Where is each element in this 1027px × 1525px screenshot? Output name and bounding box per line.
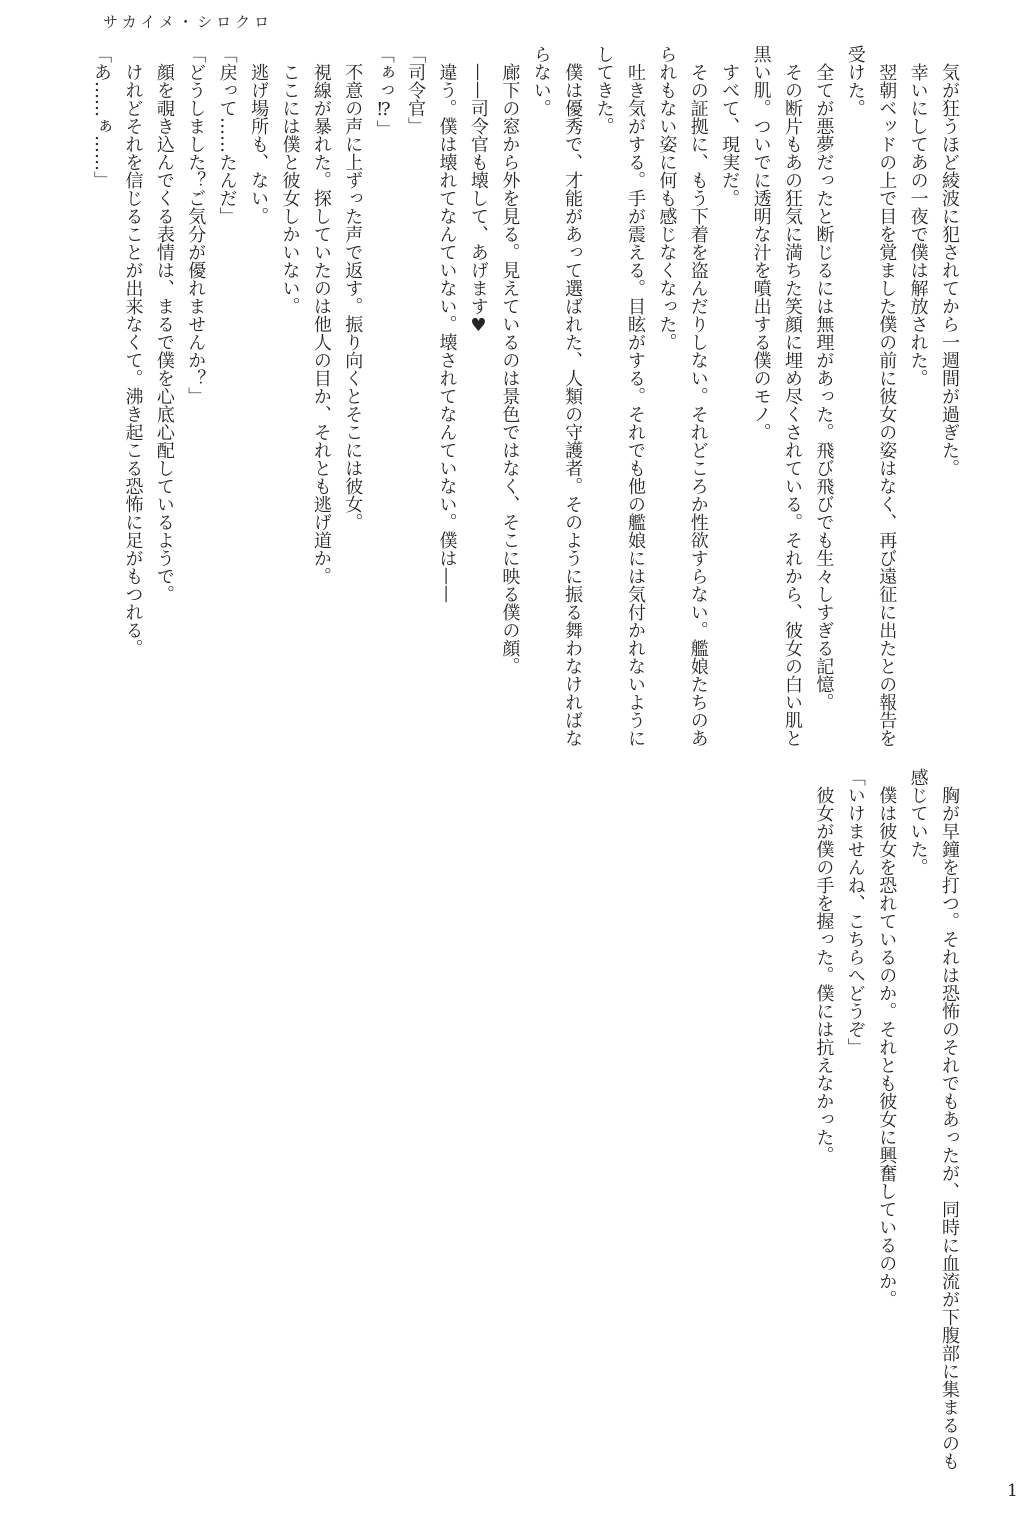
text-column: 僕は優秀で、才能があって選ばれた、人類の守護者。そのように振る舞わなければな: [557, 45, 588, 757]
text-column: 違う。僕は壊れてなんていない。壊されてなんていない。僕は——: [431, 45, 462, 757]
text-column: 胸が早鐘を打つ。それは恐怖のそれでもあったが、同時に血流が下腹部に集まるのも: [934, 768, 965, 1480]
text-column: 幸いにしてあの一夜で僕は解放された。: [902, 45, 933, 757]
text-column: らない。: [525, 45, 556, 757]
text-column: すべて、現実だ。: [714, 45, 745, 757]
text-column: 「あ……ぁ……」: [86, 45, 117, 757]
manuscript-page: サカイメ・シロクロ 気が狂うほど綾波に犯されてから一週間が過ぎた。 幸いにしてあ…: [0, 0, 1027, 1525]
main-text-top-block: 気が狂うほど綾波に犯されてから一週間が過ぎた。 幸いにしてあの一夜で僕は解放され…: [86, 45, 965, 757]
text-column: その証拠に、もう下着を盗んだりしない。それどころか性欲すらない。艦娘たちのあ: [682, 45, 713, 757]
text-column: ここには僕と彼女しかいない。: [274, 45, 305, 757]
text-column: 顔を覗き込んでくる表情は、まるで僕を心底心配しているようで。: [148, 45, 179, 757]
text-column: けれどそれを信じることが出来なくて。沸き起こる恐怖に足がもつれる。: [117, 45, 148, 757]
text-column: 「司令官」: [400, 45, 431, 757]
text-column: 黒い肌。ついでに透明な汁を噴出する僕のモノ。: [745, 45, 776, 757]
text-column: 僕は彼女を恐れているのか。それとも彼女に興奮しているのか。: [871, 768, 902, 1480]
text-column: 廊下の窓から外を見る。見えているのは景色ではなく、そこに映る僕の顔。: [494, 45, 525, 757]
text-column: 感じていた。: [902, 768, 933, 1480]
text-column: してきた。: [588, 45, 619, 757]
text-column: 「どうしました？ご気分が優れませんか？」: [180, 45, 211, 757]
main-text-bottom-block: 胸が早鐘を打つ。それは恐怖のそれでもあったが、同時に血流が下腹部に集まるのも 感…: [808, 768, 965, 1480]
text-column: 「ぁっ⁉」: [368, 45, 399, 757]
text-column: その断片もあの狂気に満ちた笑顔に埋め尽くされている。それから、彼女の白い肌と: [777, 45, 808, 757]
page-number: 1: [1007, 1481, 1018, 1501]
text-column: 吐き気がする。手が震える。目眩がする。それでも他の艦娘には気付かれないように: [620, 45, 651, 757]
text-column: 「戻って……たんだ」: [211, 45, 242, 757]
text-column: 逃げ場所も、ない。: [243, 45, 274, 757]
text-column: 彼女が僕の手を握った。僕には抗えなかった。: [808, 768, 839, 1480]
text-column: 不意の声に上ずった声で返す。振り向くとそこには彼女。: [337, 45, 368, 757]
text-column: 気が狂うほど綾波に犯されてから一週間が過ぎた。: [934, 45, 965, 757]
text-column: 視線が暴れた。探していたのは他人の目か、それとも逃げ道か。: [305, 45, 336, 757]
text-column: 翌朝ベッドの上で目を覚ました僕の前に彼女の姿はなく、再び遠征に出たとの報告を: [871, 45, 902, 757]
text-column: 全てが悪夢だったと断じるには無理があった。飛び飛びでも生々しすぎる記憶。: [808, 45, 839, 757]
text-column: 受けた。: [839, 45, 870, 757]
text-column: ——司令官も壊して、あげます♥: [463, 45, 494, 757]
page-header-title: サカイメ・シロクロ: [103, 11, 273, 32]
text-column: られもない姿に何も感じなくなった。: [651, 45, 682, 757]
text-column: 「いけませんね、こちらへどうぞ」: [839, 768, 870, 1480]
